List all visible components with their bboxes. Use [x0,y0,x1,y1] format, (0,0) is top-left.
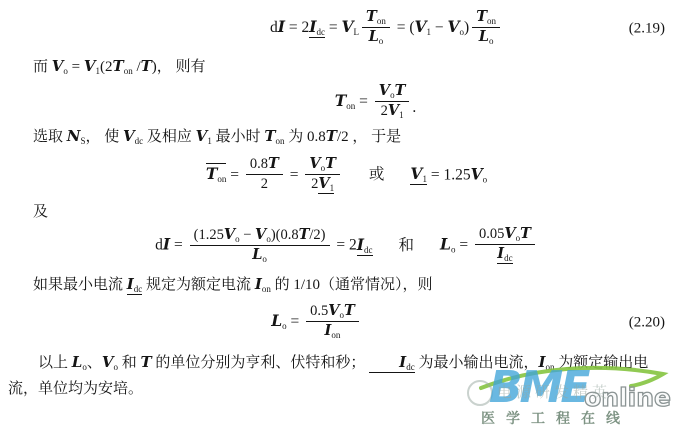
frac-numerator: Ton [362,9,390,28]
fraction-di: (1.25Vo − Vo)(0.8T/2)Lo [190,227,330,264]
frac-numerator: Ton [472,9,500,28]
body-line-and: 及 [8,202,669,224]
equation-2-19-body: dI = 2Idc = VLTonLo = (V1 − Vo)TonLo [270,10,503,47]
document-page: dI = 2Idc = VLTonLo = (V1 − Vo)TonLo (2.… [0,0,677,430]
underlined-var: V1 [410,165,427,185]
body-line-condition: 如果最小电流 Idc 规定为额定电流 Ion 的 1/10（通常情况），则 [8,274,669,297]
body-line-vo-relation: 而 Vo = V1(2Ton /T)， 则有 [8,56,669,79]
frac-denominator: Lo [190,246,330,264]
fraction-ton-lo: TonLo [362,9,390,46]
equation-ton: Ton = VoT2V1. [0,84,677,121]
underlined-var: Idc [127,276,143,295]
frac-denominator: 2V1 [375,102,410,120]
frac-denominator: 2 [246,175,283,193]
frac-denominator: Idc [475,245,535,264]
equation-2-19: dI = 2Idc = VLTonLo = (V1 − Vo)TonLo (2.… [0,10,677,47]
fraction-ton-lo: TonLo [472,9,500,46]
connector-and: 和 [399,237,415,254]
overlined-var: Ton [206,163,227,184]
equation-number-2-19: (2.19) [629,20,665,37]
underlined-var: Idc [357,236,373,256]
watermark-caption: 医学工程在线 [481,408,631,428]
equation-number-2-20: (2.20) [629,314,665,331]
equation-2-20: Lo = 0.5VoTIon (2.20) [0,304,677,341]
fraction-lo-final: 0.5VoTIon [306,303,359,340]
frac-denominator: Ion [306,322,359,340]
equation-di-lo-body: dI = (1.25Vo − Vo)(0.8T/2)Lo = 2Idc和Lo =… [155,227,538,265]
frac-numerator: VoT [305,156,340,175]
underlined-var: V1 [318,176,334,194]
frac-numerator: 0.5VoT [306,303,359,322]
equation-di-lo: dI = (1.25Vo − Vo)(0.8T/2)Lo = 2Idc和Lo =… [0,227,677,265]
frac-numerator: 0.8T [246,156,283,175]
equation-ton-chosen: Ton = 0.8T2 = VoT2V1或V1 = 1.25Vo [0,157,677,195]
frac-denominator: 2V1 [305,175,340,194]
fraction-08t-2: 0.8T2 [246,156,283,192]
underlined-var: Idc [309,18,325,38]
frac-denominator: Lo [362,28,390,46]
equation-2-20-body: Lo = 0.5VoTIon [271,304,362,341]
fraction-vot-2v1: VoT2V1 [375,83,410,120]
equation-ton-body: Ton = VoT2V1. [335,84,416,121]
fraction-lo: 0.05VoTIdc [475,226,535,264]
body-line-select-ns: 选取 NS， 使 Vdc 及相应 V1 最小时 Ton 为 0.8T/2 ， 于… [8,126,669,149]
underlined-var: Idc [369,354,415,373]
connector-or: 或 [369,166,385,183]
units-paragraph: 以上 Lo、Vo 和 T 的单位分别为亨利、伏特和秒； Idc 为最小输出电流，… [8,349,669,403]
frac-numerator: (1.25Vo − Vo)(0.8T/2) [190,227,330,246]
frac-denominator: Lo [472,28,500,46]
frac-numerator: 0.05VoT [475,226,535,245]
equation-ton-chosen-body: Ton = 0.8T2 = VoT2V1或V1 = 1.25Vo [206,157,487,195]
underlined-var: Idc [497,246,512,264]
frac-numerator: VoT [375,83,410,102]
fraction-vot-2v1: VoT2V1 [305,156,340,194]
